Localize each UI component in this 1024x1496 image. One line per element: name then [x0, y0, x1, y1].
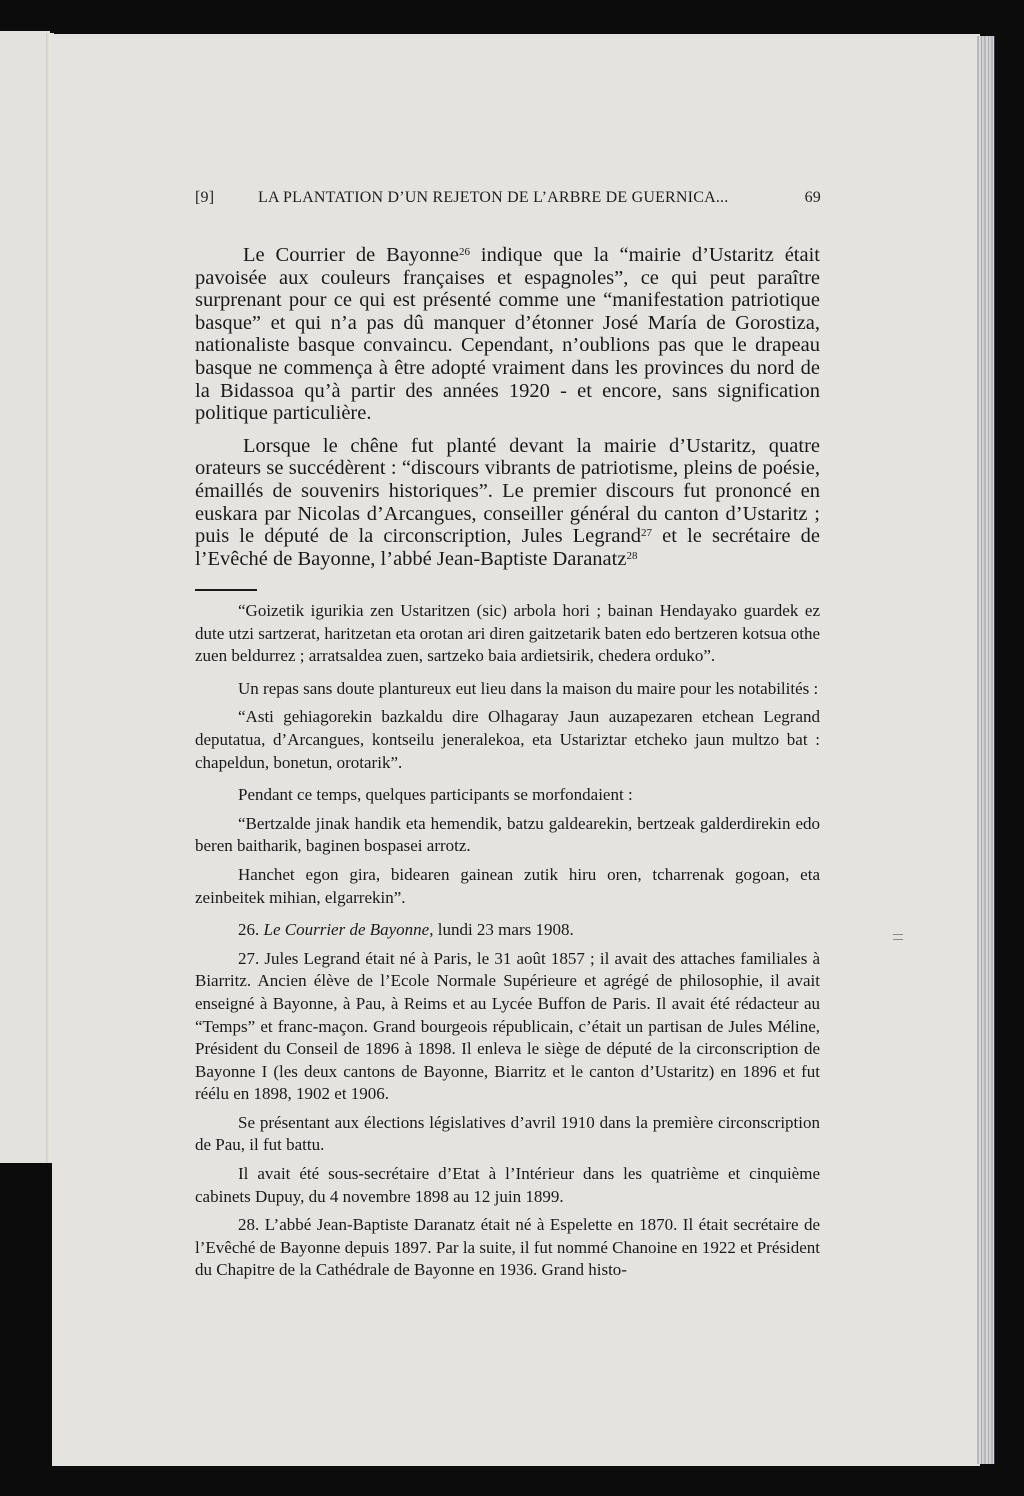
- facing-page-edge: [0, 31, 50, 1163]
- footnote-ref-27: 27: [641, 527, 652, 539]
- footnote-26: 26. Le Courrier de Bayonne, lundi 23 mar…: [195, 919, 820, 942]
- footnotes: “Goizetik igurikia zen Ustaritzen (sic) …: [195, 600, 820, 1292]
- section-marker: [9]: [195, 189, 214, 207]
- text-run: Le Courrier de Bayonne: [243, 244, 459, 266]
- footnote-number: 26.: [238, 920, 259, 939]
- page-stack-edges: [977, 36, 995, 1464]
- paragraph-1: Le Courrier de Bayonne26 indique que la …: [195, 244, 820, 425]
- basque-quote-2: “Asti gehiagorekin bazkaldu dire Olhagar…: [195, 706, 820, 774]
- basque-quote-1: “Goizetik igurikia zen Ustaritzen (sic) …: [195, 600, 820, 668]
- margin-mark: [893, 934, 903, 940]
- footnote-27-continued-1: Se présentant aux élections législatives…: [195, 1112, 820, 1157]
- footnote-number: 27.: [238, 949, 259, 968]
- basque-quote-3a: “Bertzalde jinak handik eta hemendik, ba…: [195, 813, 820, 858]
- footnote-ref-28: 28: [626, 550, 637, 562]
- footnote-28: 28. L’abbé Jean-Baptiste Daranatz était …: [195, 1214, 820, 1282]
- text-run: Jules Legrand était né à Paris, le 31 ao…: [195, 949, 820, 1104]
- paragraph-2: Lorsque le chêne fut planté devant la ma…: [195, 435, 820, 571]
- page-number: 69: [805, 189, 821, 207]
- footnote-27: 27. Jules Legrand était né à Paris, le 3…: [195, 948, 820, 1106]
- note-repas: Un repas sans doute plantureux eut lieu …: [195, 678, 820, 701]
- footnote-separator: [195, 589, 257, 591]
- footnote-27-continued-2: Il avait été sous-secrétaire d’Etat à l’…: [195, 1163, 820, 1208]
- source-title: Le Courrier de Bayonne,: [264, 920, 434, 939]
- main-text: Le Courrier de Bayonne26 indique que la …: [195, 244, 820, 580]
- text-run: lundi 23 mars 1908.: [433, 920, 573, 939]
- text-run: indique que la “mairie d’Ustaritz était …: [195, 244, 820, 424]
- running-title: LA PLANTATION D’UN REJETON DE L’ARBRE DE…: [258, 189, 728, 207]
- text-run: L’abbé Jean-Baptiste Daranatz était né à…: [195, 1215, 820, 1279]
- footnote-number: 28.: [238, 1215, 259, 1234]
- note-pendant: Pendant ce temps, quelques participants …: [195, 784, 820, 807]
- basque-quote-3b: Hanchet egon gira, bidearen gainean zuti…: [195, 864, 820, 909]
- footnote-ref-26: 26: [459, 246, 470, 258]
